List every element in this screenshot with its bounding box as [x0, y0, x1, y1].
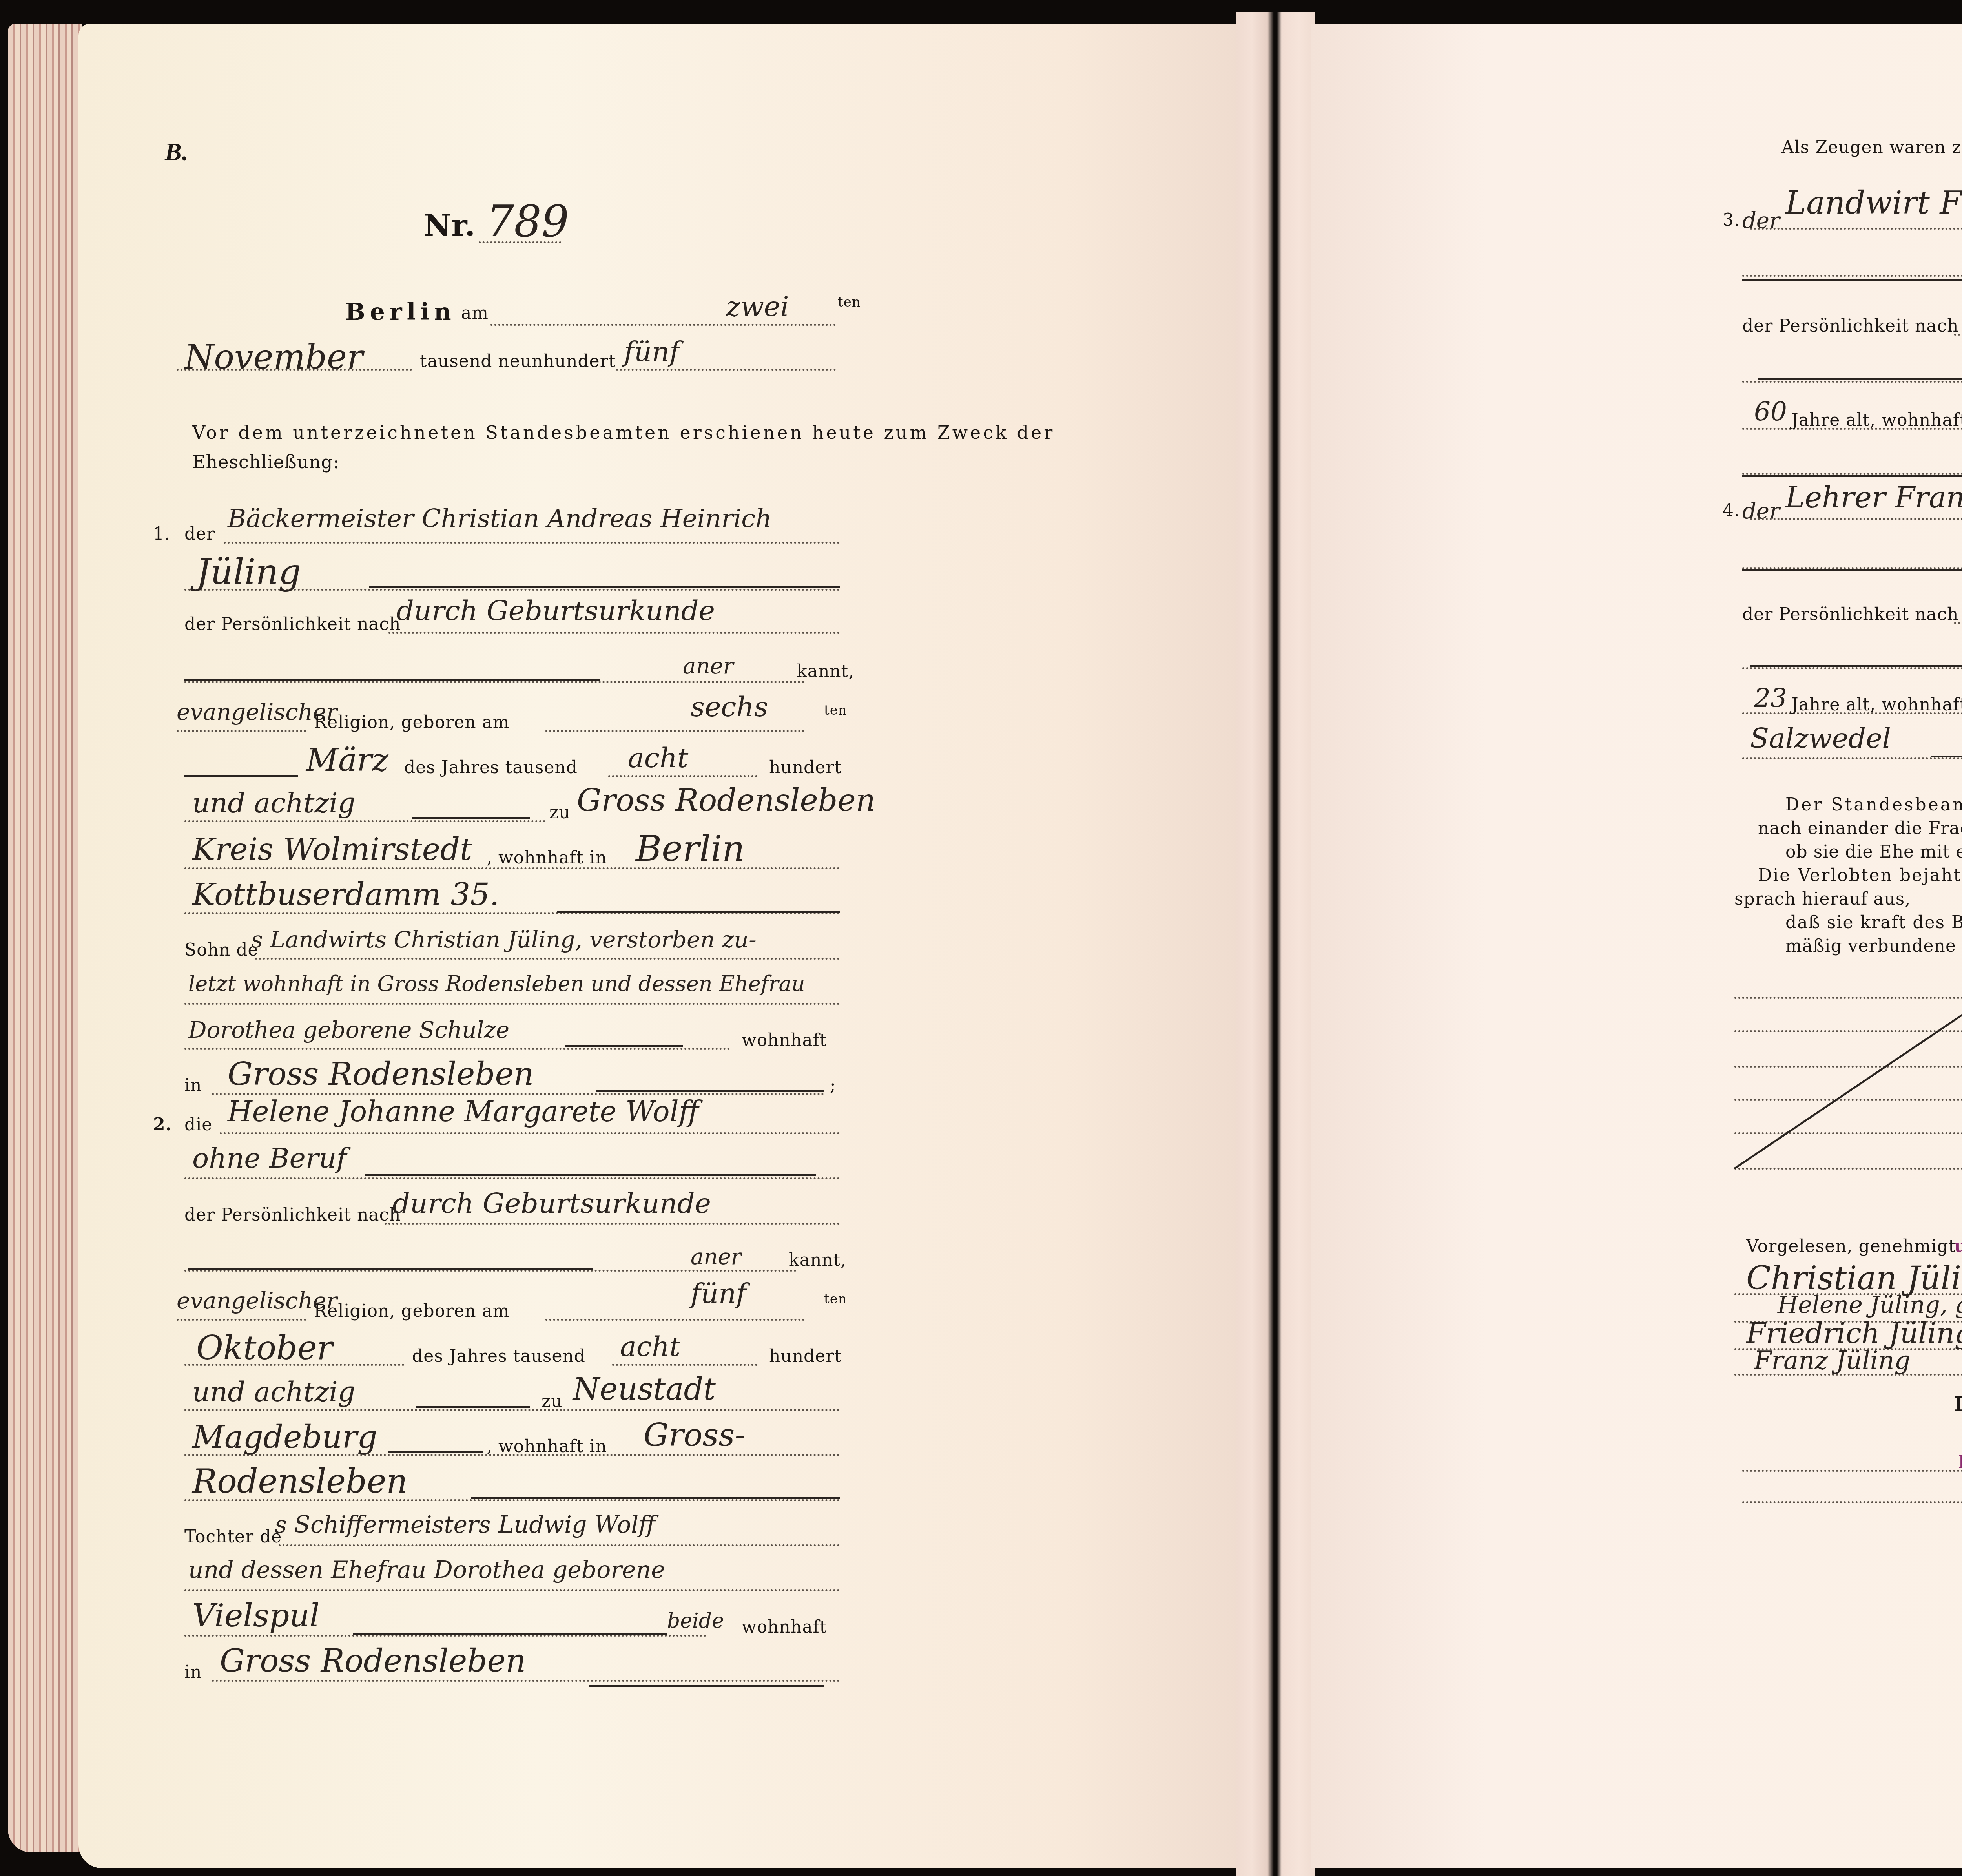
- groom-anerkannt: aner: [683, 653, 733, 679]
- filler-line: [565, 1045, 683, 1047]
- book-gutter: [1236, 12, 1315, 1876]
- stamp-unterschrieben: unterschrieben: [1954, 1236, 1962, 1256]
- dotted-line: [1742, 275, 1962, 277]
- label-ten: ten: [838, 294, 861, 310]
- left-page-edges: [8, 24, 82, 1852]
- filler-line: [596, 1090, 824, 1092]
- label-identity: der Persönlichkeit nach: [184, 614, 401, 634]
- label-tochter: Tochter de: [184, 1527, 282, 1547]
- filler-line: [388, 1451, 483, 1453]
- bride-parents-3: Vielspul: [192, 1597, 319, 1634]
- dotted-line: [1742, 1501, 1962, 1503]
- filler-line: [1742, 279, 1962, 281]
- groom-parents-2: letzt wohnhaft in Gross Rodensleben und …: [188, 971, 805, 996]
- witness-intro: Als Zeugen waren zugezogen und erschiene…: [1781, 137, 1962, 157]
- bride-name: Helene Johanne Margarete Wolff: [228, 1095, 699, 1128]
- dotted-line: [388, 632, 840, 634]
- dotted-line: [1734, 1030, 1962, 1032]
- groom-birthplace: Gross Rodensleben: [577, 783, 875, 818]
- groom-address: Kottbuserdamm 35.: [192, 877, 500, 912]
- filler-line: [471, 1497, 840, 1499]
- dotted-line: [1734, 1066, 1962, 1068]
- label-wohnhaft: wohnhaft: [742, 1030, 827, 1050]
- dotted-line: [385, 1223, 840, 1225]
- dotted-line: [279, 1544, 840, 1546]
- filler-line: [416, 1406, 530, 1408]
- dotted-line: [1750, 518, 1962, 520]
- label-year: des Jahres tausend: [404, 757, 578, 777]
- filler-line: [1742, 569, 1962, 571]
- groom-parents-3: Dorothea geborene Schulze: [188, 1016, 509, 1043]
- ceremony-line-6: daß sie kraft des Bürgerlichen Gesetzbuc…: [1785, 912, 1962, 933]
- label-age: Jahre alt, wohnhaft in: [1791, 410, 1962, 430]
- bride-birth-year: und achtzig: [192, 1376, 355, 1408]
- marriage-year: fünf: [624, 336, 680, 368]
- label-identity: der Persönlichkeit nach: [1742, 604, 1958, 624]
- dotted-line: [1734, 1099, 1962, 1101]
- closing-label: Vorgelesen, genehmigt und: [1746, 1236, 1962, 1256]
- dotted-line: [1734, 1132, 1962, 1134]
- bride-occupation: ohne Beruf: [192, 1142, 346, 1174]
- bride-birth-day: fünf: [691, 1277, 746, 1310]
- label-in: in: [184, 1662, 202, 1682]
- dotted-line: [1742, 757, 1962, 759]
- ceremony-line-1: Der Standesbeamte richtete an die Verlob…: [1785, 795, 1962, 815]
- dotted-line: [491, 324, 836, 326]
- record-number: 789: [487, 196, 569, 246]
- dotted-line: [184, 1177, 840, 1179]
- groom-parents-residence: Gross Rodensleben: [228, 1056, 534, 1092]
- bride-residence: Gross-: [644, 1417, 745, 1453]
- bride-anerkannt: aner: [691, 1244, 741, 1270]
- year-printed: tausend neunhundert: [420, 351, 616, 371]
- ceremony-line-5: sprach hierauf aus,: [1734, 889, 1911, 909]
- bride-index: 2.: [153, 1115, 172, 1135]
- groom-birth-month: März: [306, 742, 388, 778]
- dotted-line: [220, 1132, 840, 1134]
- dotted-line: [255, 958, 840, 960]
- bride-birth-century: acht: [620, 1330, 680, 1363]
- right-page: Als Zeugen waren zugezogen und erschiene…: [1311, 24, 1962, 1868]
- witness-3-age: 60: [1754, 396, 1787, 427]
- label-zu: zu: [542, 1391, 563, 1411]
- marriage-day: zwei: [726, 290, 789, 323]
- label-identity: der Persönlichkeit nach: [184, 1205, 401, 1225]
- ceremony-line-3: ob sie die Ehe mit einander eingehen wol…: [1785, 842, 1962, 862]
- dotted-line: [616, 369, 836, 371]
- registrar-label: Der Standesbeamte.: [1954, 1393, 1962, 1415]
- intro-line-2: Eheschließung:: [192, 451, 339, 473]
- label-die: die: [184, 1115, 212, 1135]
- bride-religion: evangelischer: [177, 1287, 337, 1314]
- bride-birthplace: Neustadt: [573, 1372, 716, 1407]
- witness-4-name: Lehrer Franz Jüling: [1785, 481, 1962, 515]
- bride-birth-month: Oktober: [196, 1329, 333, 1367]
- dotted-line: [212, 1680, 840, 1682]
- filler-line: [412, 817, 530, 819]
- label-residence: , wohnhaft in: [487, 1436, 607, 1456]
- dotted-line: [1742, 381, 1962, 383]
- left-page: B. Nr. 789 Berlin am zwei ten November t…: [78, 24, 1240, 1868]
- filler-line: [1931, 756, 1962, 757]
- groom-parents-1: s Landwirts Christian Jüling, verstorben…: [251, 926, 757, 953]
- groom-residence: Berlin: [636, 828, 745, 869]
- section-letter: B.: [165, 137, 189, 166]
- dotted-line: [1954, 622, 1962, 624]
- intro-line-1: Vor dem unterzeichneten Standesbeamten e…: [192, 422, 1055, 443]
- dotted-line: [184, 1270, 797, 1272]
- bride-parents-1: s Schiffermeisters Ludwig Wolff: [275, 1511, 655, 1538]
- witness-3-index: 3.: [1723, 210, 1740, 230]
- groom-identity: durch Geburtsurkunde: [396, 595, 715, 627]
- groom-birth-year: und achtzig: [192, 787, 355, 819]
- label-zu: zu: [549, 803, 571, 823]
- dotted-line: [1954, 334, 1962, 336]
- dotted-line: [612, 1364, 757, 1366]
- label-hundert: hundert: [769, 757, 842, 777]
- dotted-line: [1742, 1470, 1962, 1472]
- dotted-line: [1750, 228, 1962, 230]
- dotted-line: [184, 1635, 706, 1637]
- label-hundert: hundert: [769, 1346, 842, 1366]
- dotted-line: [184, 1003, 840, 1005]
- label-der: der: [1742, 208, 1780, 234]
- ceremony-line-7: mäßig verbundene Eheleute seien.: [1785, 936, 1962, 956]
- filler-line: [589, 1685, 824, 1687]
- label-am: am: [461, 303, 489, 323]
- register-book-scan: B. Nr. 789 Berlin am zwei ten November t…: [0, 0, 1962, 1876]
- bride-residence-2: Rodensleben: [192, 1462, 408, 1500]
- label-sohn: Sohn de: [184, 940, 259, 960]
- label-der: der: [1742, 498, 1780, 524]
- dotted-line: [184, 1409, 840, 1411]
- label-kannt: kannt,: [789, 1250, 846, 1270]
- filler-line: [184, 775, 298, 777]
- label-residence: , wohnhaft in: [487, 848, 607, 868]
- label-ten: ten: [824, 1291, 847, 1307]
- signature-witness-3: Friedrich Jüling: [1746, 1317, 1962, 1350]
- dotted-line: [177, 730, 306, 732]
- groom-birth-day: sechs: [691, 691, 768, 723]
- dotted-line: [177, 1319, 306, 1321]
- groom-religion: evangelischer: [177, 699, 337, 725]
- groom-birth-century: acht: [628, 742, 688, 774]
- dotted-line: [184, 1589, 840, 1591]
- dotted-line: [224, 542, 840, 544]
- punct: ;: [830, 1075, 836, 1095]
- stamp-in-vertretung: In Vertretung: [1958, 1452, 1962, 1472]
- label-religion: Religion, geboren am: [314, 1301, 510, 1321]
- bride-birthplace-2: Magdeburg: [192, 1419, 377, 1455]
- signature-witness-4: Franz Jüling: [1754, 1346, 1910, 1375]
- filler-line: [365, 1174, 816, 1176]
- label-ten: ten: [824, 703, 847, 718]
- label-age: Jahre alt, wohnhaft in: [1791, 695, 1962, 715]
- label-year: des Jahres tausend: [412, 1346, 585, 1366]
- groom-birth-district: Kreis Wolmirstedt: [192, 832, 472, 867]
- witness-4-index: 4.: [1723, 500, 1740, 520]
- label-identity: der Persönlichkeit nach: [1742, 316, 1958, 336]
- record-number-label: Nr.: [424, 208, 476, 243]
- bride-parents-beide: beide: [667, 1609, 724, 1633]
- dotted-line: [608, 775, 757, 777]
- filler-line: [1742, 475, 1962, 477]
- dotted-line: [1734, 1168, 1962, 1170]
- dotted-line: [545, 1319, 804, 1321]
- bride-parents-2: und dessen Ehefrau Dorothea geborene: [188, 1556, 665, 1584]
- label-in: in: [184, 1075, 202, 1095]
- ceremony-line-2: nach einander die Frage:: [1758, 818, 1962, 838]
- filler-line: [1758, 378, 1962, 380]
- bride-parents-residence: Gross Rodensleben: [220, 1642, 526, 1679]
- label-kannt: kannt,: [797, 661, 854, 681]
- dotted-line: [1742, 667, 1962, 669]
- filler-line: [353, 1633, 667, 1635]
- groom-index: 1.: [153, 524, 170, 544]
- label-der: der: [184, 524, 215, 544]
- witness-4-residence-2: Salzwedel: [1750, 722, 1891, 754]
- witness-3-name: Landwirt Friedrich Jüling: [1785, 184, 1962, 221]
- dotted-line: [184, 1048, 730, 1050]
- ceremony-line-4: Die Verlobten bejahten diese Frage und d…: [1758, 865, 1962, 885]
- dotted-line: [184, 820, 545, 822]
- label-wohnhaft: wohnhaft: [742, 1617, 827, 1637]
- groom-surname: Jüling: [196, 551, 301, 593]
- filler-line: [369, 586, 840, 588]
- witness-4-age: 23: [1754, 683, 1787, 713]
- city: Berlin: [345, 298, 456, 326]
- bride-identity: durch Geburtsurkunde: [392, 1187, 711, 1219]
- dotted-line: [545, 730, 804, 732]
- dotted-line: [1734, 997, 1962, 999]
- signature-bride: Helene Jüling, geborene Wolff: [1778, 1291, 1962, 1319]
- groom-occupation-name: Bäckermeister Christian Andreas Heinrich: [228, 504, 771, 533]
- marriage-month: November: [184, 338, 363, 377]
- dotted-line: [184, 681, 804, 683]
- label-religion: Religion, geboren am: [314, 712, 510, 732]
- filler-line: [557, 911, 840, 913]
